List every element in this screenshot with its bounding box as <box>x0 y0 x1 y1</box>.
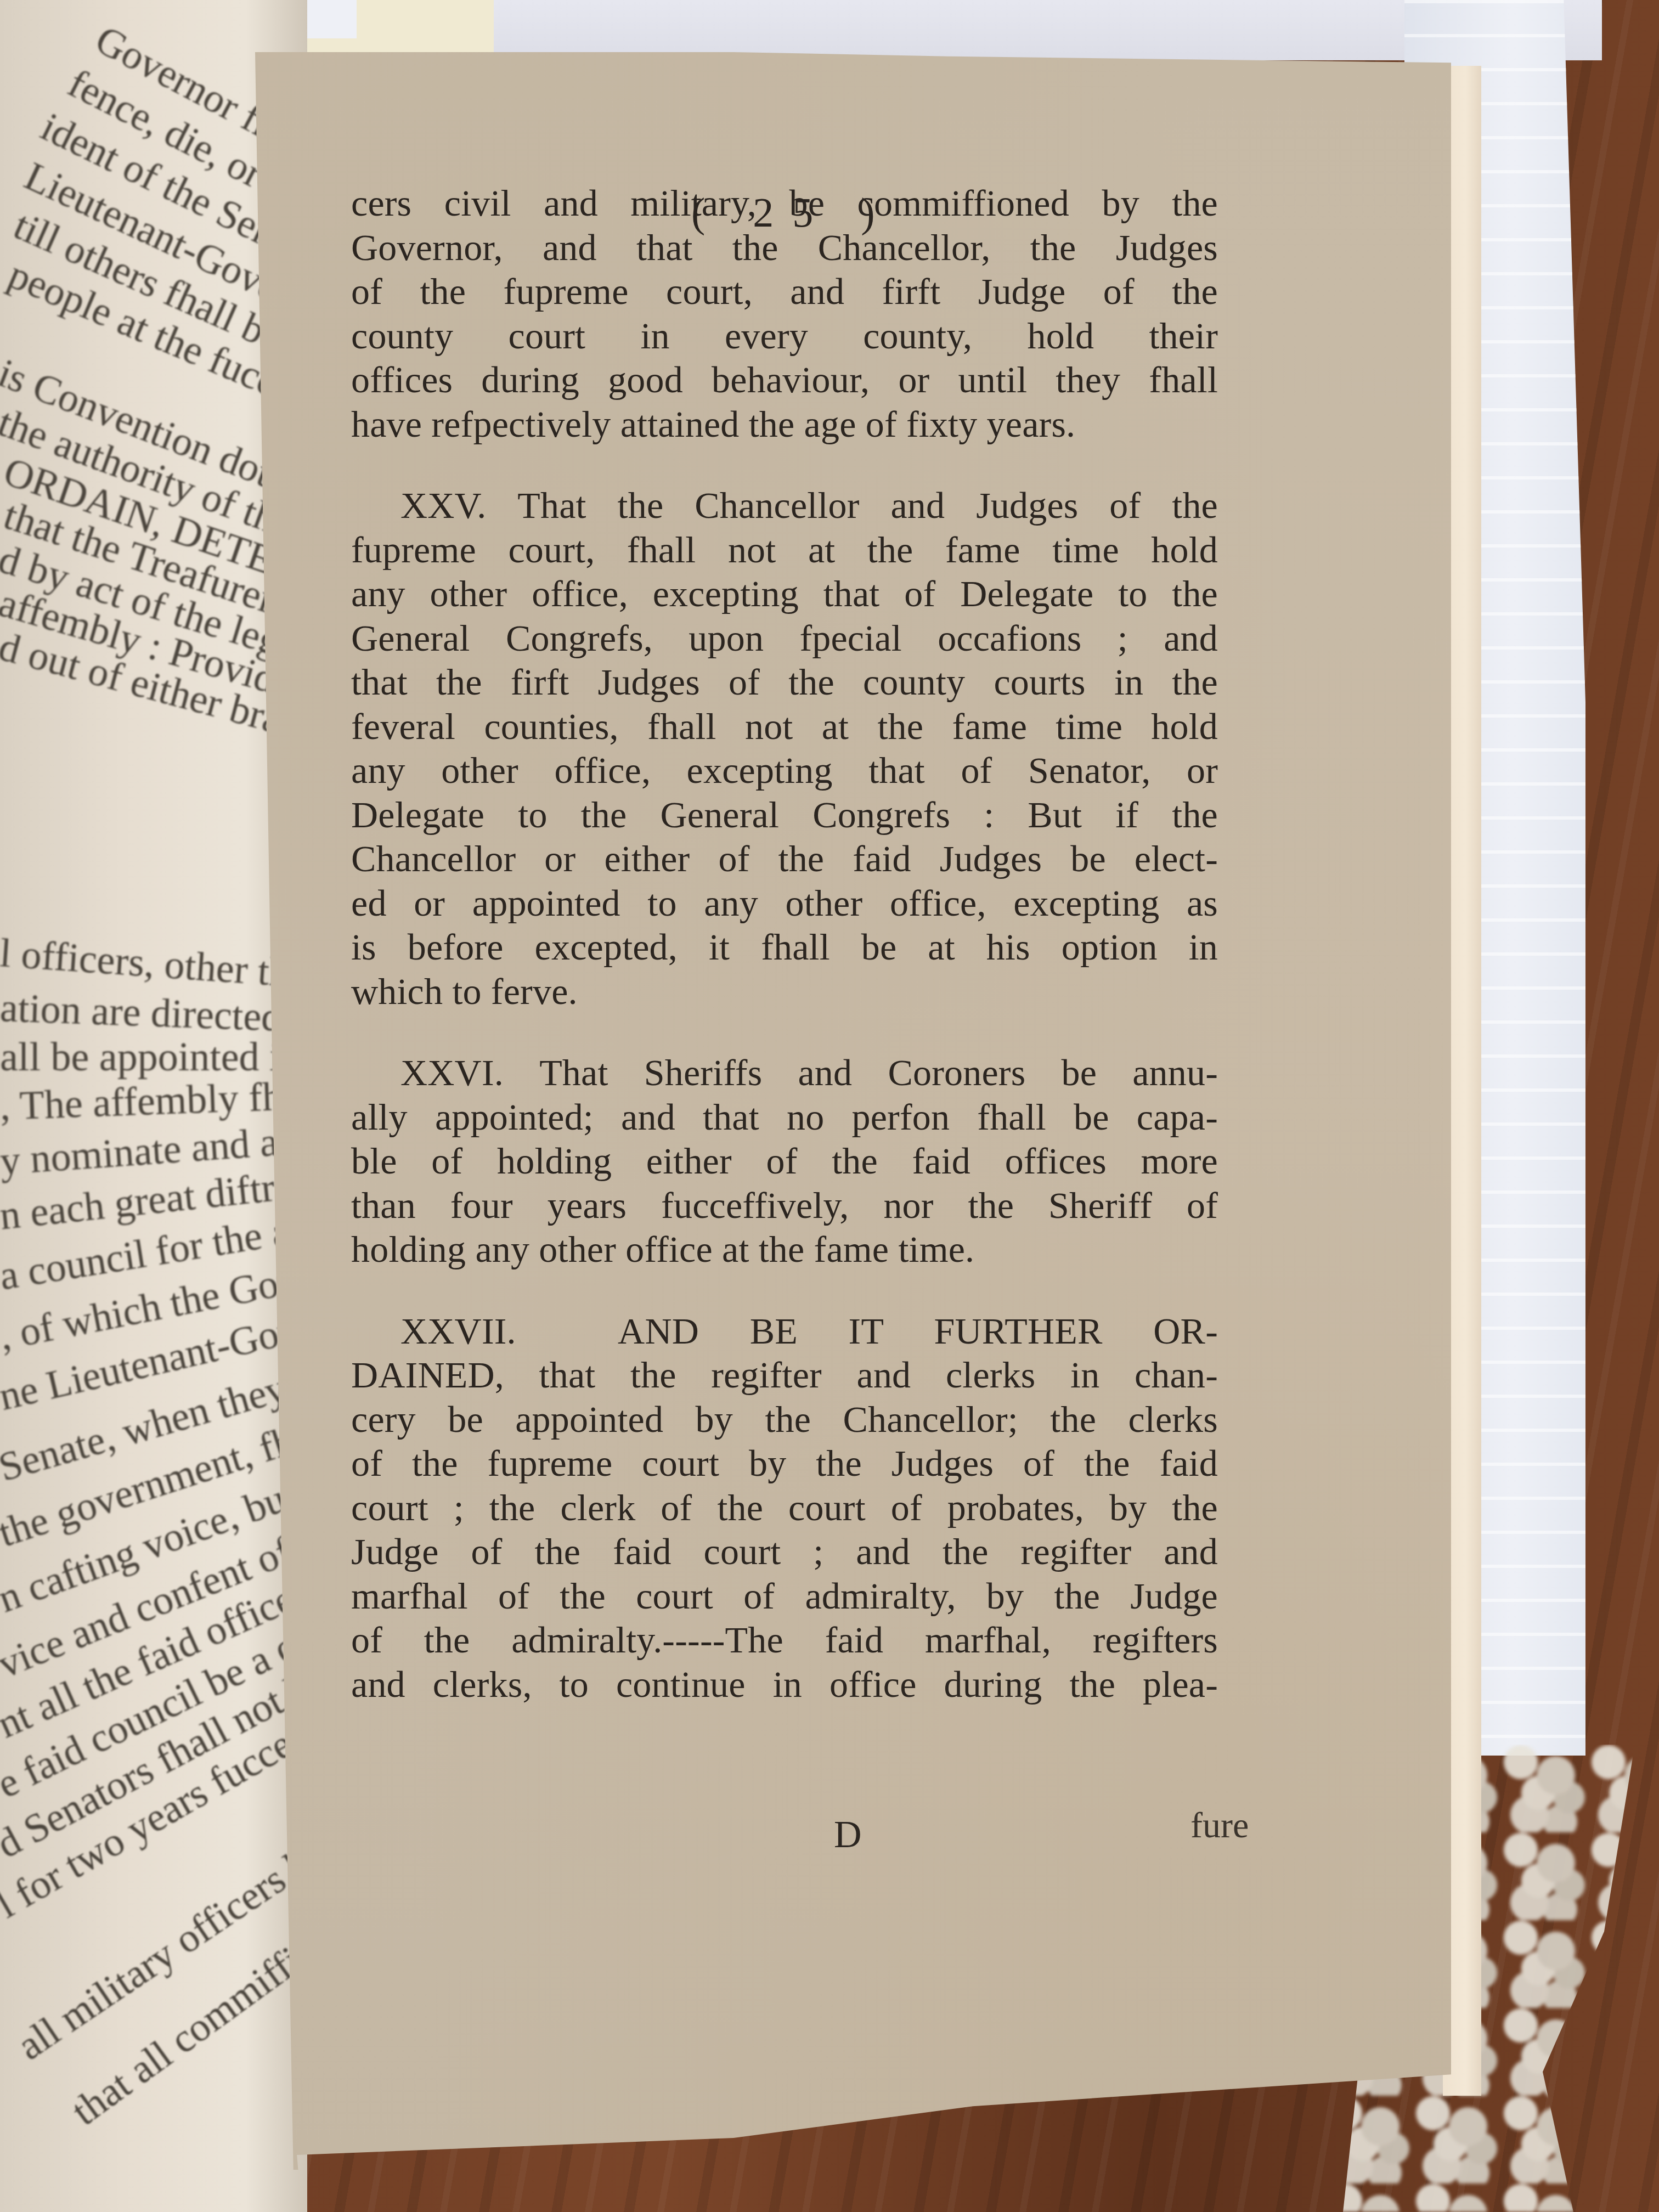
text-line: General Congrefs, upon fpecial occafions… <box>351 616 1218 661</box>
text-line: county court in every county, hold their <box>351 314 1218 358</box>
catchword: fure <box>1190 1805 1249 1847</box>
text-line: Chancellor or either of the faid Judges … <box>351 837 1218 881</box>
text-line: marfhal of the court of admiralty, by th… <box>351 1574 1218 1618</box>
text-line: court ; the clerk of the court of probat… <box>351 1486 1218 1530</box>
text-line: ally appointed; and that no perfon fhall… <box>351 1095 1218 1139</box>
text-line: which to ferve. <box>351 969 1218 1014</box>
signature-mark: D <box>834 1813 862 1857</box>
text-line: that the firft Judges of the county cour… <box>351 660 1218 704</box>
text-line: any other office, excepting that of Dele… <box>351 572 1218 616</box>
text-line: Judge of the faid court ; and the regift… <box>351 1530 1218 1574</box>
text-line: holding any other office at the fame tim… <box>351 1227 1218 1272</box>
text-line: That Sheriffs and Coroners be annu- <box>539 1052 1218 1093</box>
text-line: is before excepted, it fhall be at his o… <box>351 925 1218 969</box>
article-numeral: XXVI. <box>400 1052 504 1093</box>
article-numeral: XXVII. <box>400 1310 516 1352</box>
article-xxvi: XXVI. That Sheriffs and Coroners be annu… <box>351 1051 1218 1272</box>
article-xxvii: XXVII. AND BE IT FURTHER OR- DAINED, tha… <box>351 1309 1218 1707</box>
text-line: AND BE IT FURTHER OR- <box>618 1310 1218 1352</box>
text-line: That the Chancellor and Judges of the <box>517 484 1218 526</box>
text-line: offices during good behaviour, or until … <box>351 358 1218 402</box>
left-page-line: , The affembly fhall, once <box>0 1071 307 1127</box>
text-line: of the admiralty.-----The faid marfhal, … <box>351 1618 1218 1662</box>
article-first-line: XXVII. AND BE IT FURTHER OR- <box>351 1309 1218 1353</box>
text-line: fupreme court, fhall not at the fame tim… <box>351 528 1218 572</box>
text-line: Delegate to the General Congrefs : But i… <box>351 793 1218 837</box>
text-line: of the fupreme court by the Judges of th… <box>351 1441 1218 1486</box>
text-line: of the fupreme court, and firft Judge of… <box>351 269 1218 314</box>
text-line: feveral counties, fhall not at the fame … <box>351 704 1218 749</box>
opening-paragraph: cers civil and military, be commiffioned… <box>351 181 1218 446</box>
article-xxv: XXV. That the Chancellor and Judges of t… <box>351 483 1218 1013</box>
article-numeral: XXV. <box>400 484 486 526</box>
text-line: cers civil and military, be commiffioned… <box>351 181 1218 225</box>
text-line: than four years fucceffively, nor the Sh… <box>351 1183 1218 1228</box>
text-line: cery be appointed by the Chancellor; the… <box>351 1397 1218 1442</box>
left-page-line: all be appointed in the manne <box>0 1037 307 1077</box>
text-line: any other office, excepting that of Sena… <box>351 748 1218 793</box>
text-line: and clerks, to continue in office during… <box>351 1662 1218 1707</box>
text-line: ble of holding either of the faid office… <box>351 1139 1218 1183</box>
text-line: Governor, and that the Chancellor, the J… <box>351 225 1218 270</box>
article-first-line: XXVI. That Sheriffs and Coroners be annu… <box>351 1051 1218 1095</box>
text-line: ed or appointed to any other office, exc… <box>351 881 1218 926</box>
page-text-block: cers civil and military, be commiffioned… <box>351 181 1218 1706</box>
text-line: DAINED, that the regifter and clerks in … <box>351 1353 1218 1397</box>
text-line: have refpectively attained the age of fi… <box>351 402 1218 447</box>
article-first-line: XXV. That the Chancellor and Judges of t… <box>351 483 1218 528</box>
